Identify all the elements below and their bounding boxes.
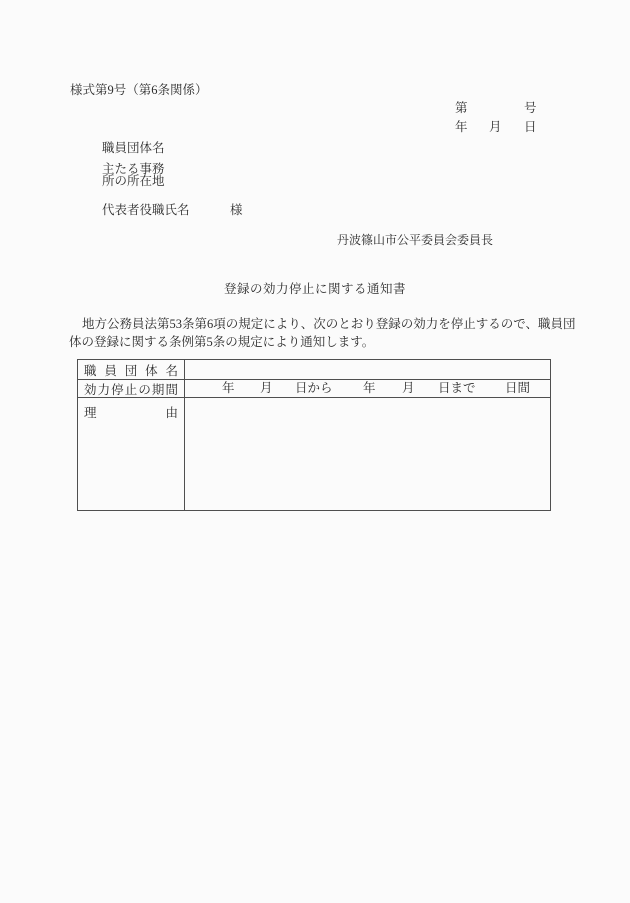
- office-address-line2: 所の所在地: [102, 176, 165, 188]
- date-year-label: 年: [455, 117, 468, 135]
- addressee-honorific: 様: [230, 200, 243, 218]
- sender-title: 丹波篠山市公平委員会委員長: [337, 231, 493, 248]
- period-day-to-label: 日まで: [438, 380, 476, 397]
- doc-number-suffix: 号: [524, 98, 537, 116]
- table-cell-org-name-value: [185, 360, 550, 379]
- addressee-org-name-label: 職員団体名: [102, 138, 165, 156]
- doc-number-prefix: 第: [455, 98, 468, 116]
- body-paragraph: 地方公務員法第53条第6項の規定により、次のとおり登録の効力を停止するので、職員…: [69, 316, 563, 351]
- body-paragraph-line1: 地方公務員法第53条第6項の規定により、次のとおり登録の効力を停止するので、職員…: [69, 316, 563, 334]
- date-month-label: 月: [489, 117, 502, 135]
- period-day-from-label: 日から: [295, 380, 333, 397]
- period-year-from-label: 年: [222, 380, 235, 397]
- table-cell-reason-value: [185, 398, 550, 510]
- table-row-reason: 理 由: [78, 397, 550, 510]
- addressee-representative-label: 代表者役職氏名: [102, 200, 190, 218]
- table-label-suspension-period: 効 力 停 止 の 期 間: [78, 380, 185, 397]
- addressee-office-address-label: 主たる事務 所の所在地: [102, 164, 165, 188]
- table-label-org-name: 職 員 団 体 名: [78, 360, 185, 379]
- period-month-to-label: 月: [402, 380, 415, 397]
- table-row-org-name: 職 員 団 体 名: [78, 360, 550, 379]
- document-title: 登録の効力停止に関する通知書: [0, 279, 630, 297]
- form-number-label: 様式第9号（第6条関係）: [70, 80, 208, 98]
- period-year-to-label: 年: [363, 380, 376, 397]
- document-page: 様式第9号（第6条関係） 第 号 年 月 日 職員団体名 主たる事務 所の所在地…: [0, 0, 630, 903]
- table-cell-suspension-period-value: 年 月 日から 年 月 日まで 日間: [185, 380, 550, 397]
- table-row-suspension-period: 効 力 停 止 の 期 間 年 月 日から 年 月 日まで 日間: [78, 379, 550, 397]
- period-total-days-label: 日間: [505, 380, 530, 397]
- table-label-reason: 理 由: [78, 398, 185, 510]
- notice-table: 職 員 団 体 名 効 力 停 止 の 期 間 年 月 日から 年: [77, 359, 551, 511]
- body-paragraph-line2: 体の登録に関する条例第5条の規定により通知します。: [69, 334, 563, 352]
- date-day-label: 日: [524, 117, 537, 135]
- period-month-from-label: 月: [260, 380, 273, 397]
